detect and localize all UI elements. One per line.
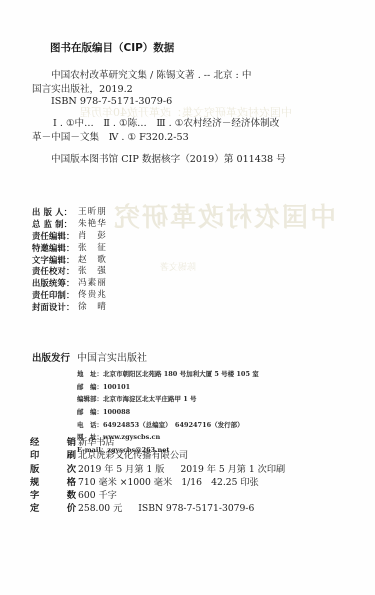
spec-label-char: 销 — [67, 436, 76, 449]
cip-classification-2: 革－中国－文集 Ⅳ . ① F320.2-53 — [32, 129, 189, 143]
staff-value: 佟贵兆 — [78, 290, 107, 302]
publisher-postcode: 邮 编：100101 — [77, 381, 259, 394]
spec-label-char: 刷 — [67, 449, 76, 462]
cip-isbn: ISBN 978-7-5171-3079-6 — [51, 96, 172, 107]
staff-row-guest-editor: 特邀编辑： 张 征 — [32, 243, 107, 255]
bleed-through-cover-author: 陈锡文著 — [160, 260, 196, 273]
spec-value: 新华书店 — [76, 436, 115, 449]
staff-row-print-manager: 责任印制： 佟贵兆 — [32, 290, 107, 302]
staff-value: 赵 歌 — [78, 255, 107, 267]
spec-label-char: 格 — [67, 476, 76, 489]
spec-row-word-count: 字 数 600 千字 — [30, 489, 285, 502]
publisher-address: 地 址：北京市朝阳区北苑路 180 号加利大厦 5 号楼 105 室 — [77, 368, 259, 381]
staff-row-publishing-coordinator: 出版统筹： 冯素丽 — [32, 278, 107, 290]
spec-label: 定 价 — [30, 502, 76, 515]
staff-label: 责任编辑： — [32, 231, 78, 243]
spec-value: 258.00 元ISBN 978-7-5171-3079-6 — [76, 502, 254, 515]
spec-label: 印 刷 — [30, 449, 76, 462]
book-specs: 经 销 新华书店 印 刷 北京虎彩文化传播有限公司 版 次 2019 年 5 月… — [30, 436, 285, 516]
staff-label: 出 版 人： — [32, 207, 78, 219]
spec-label: 字 数 — [30, 489, 76, 502]
bleed-through-cover-title: 中国农村改革研究 — [112, 197, 336, 234]
spec-label-char: 经 — [30, 436, 39, 449]
spec-edition: 2019 年 5 月第 1 版 — [78, 464, 164, 475]
copyright-page: 中国农村改革研究文集：改革开放40年历程 中国农村改革研究 陈锡文著 图书在版编… — [0, 0, 375, 595]
staff-label: 出版统筹： — [32, 278, 78, 290]
spec-isbn: ISBN 978-7-5171-3079-6 — [138, 503, 254, 514]
spec-row-edition: 版 次 2019 年 5 月第 1 版2019 年 5 月第 1 次印刷 — [30, 463, 285, 476]
spec-value: 710 毫米 ×1000 毫米 1/16 42.25 印张 — [76, 476, 259, 489]
staff-label: 总 监 制： — [32, 219, 78, 231]
staff-value: 肖 彭 — [78, 231, 107, 243]
staff-value: 徐 晴 — [78, 302, 107, 314]
spec-value-text: 新华书店 — [78, 437, 115, 448]
spec-label: 规 格 — [30, 476, 76, 489]
staff-label: 封面设计： — [32, 302, 78, 314]
staff-row-responsible-editor: 责任编辑： 肖 彭 — [32, 231, 107, 243]
cip-title: 图书在版编目（CIP）数据 — [50, 40, 174, 55]
staff-label: 特邀编辑： — [32, 243, 78, 255]
staff-row-chief-supervisor: 总 监 制： 朱艳华 — [32, 219, 107, 231]
publisher-label: 出版发行 — [32, 350, 70, 364]
staff-label: 文字编辑： — [32, 255, 78, 267]
spec-value-text: 600 千字 — [78, 490, 117, 501]
spec-label-char: 规 — [30, 476, 39, 489]
spec-label-char: 价 — [67, 502, 76, 515]
publisher-phone: 电 话：64924853（总编室） 64924716（发行部） — [77, 419, 259, 432]
cip-line-1: 中国农村改革研究文集 / 陈锡文著 . -- 北京 : 中 — [51, 67, 251, 81]
staff-value: 张 征 — [78, 243, 107, 255]
spec-value: 2019 年 5 月第 1 版2019 年 5 月第 1 次印刷 — [76, 463, 285, 476]
publisher-name: 中国言实出版社 — [77, 349, 147, 364]
spec-value-text: 710 毫米 ×1000 毫米 1/16 42.25 印张 — [78, 477, 259, 488]
spec-label-char: 数 — [67, 489, 76, 502]
spec-row-printer: 印 刷 北京虎彩文化传播有限公司 — [30, 449, 285, 462]
staff-row-publisher: 出 版 人： 王昕朋 — [32, 207, 107, 219]
staff-value: 张 强 — [78, 266, 107, 278]
staff-value: 冯素丽 — [78, 278, 107, 290]
staff-row-cover-designer: 封面设计： 徐 晴 — [32, 302, 107, 314]
cip-classification-1: Ⅰ . ①中… Ⅱ . ①陈… Ⅲ . ①农村经济－经济体制改 — [53, 115, 279, 129]
editorial-office-postcode: 邮 编：100088 — [77, 406, 259, 419]
spec-label-char: 字 — [30, 489, 39, 502]
spec-label-char: 定 — [30, 502, 39, 515]
cip-line-2: 国言实出版社，2019.2 — [32, 81, 133, 95]
staff-label: 责任校对： — [32, 266, 78, 278]
staff-row-text-editor: 文字编辑： 赵 歌 — [32, 255, 107, 267]
staff-value: 王昕朋 — [78, 207, 107, 219]
spec-label-char: 次 — [67, 463, 76, 476]
spec-label-char: 版 — [30, 463, 39, 476]
staff-credits: 出 版 人： 王昕朋 总 监 制： 朱艳华 责任编辑： 肖 彭 特邀编辑： 张 … — [32, 207, 107, 314]
cip-verification-number: 中国版本图书馆 CIP 数据核字（2019）第 011438 号 — [51, 151, 286, 165]
spec-printing: 2019 年 5 月第 1 次印刷 — [180, 464, 285, 475]
spec-price: 258.00 元 — [78, 503, 122, 514]
spec-value: 北京虎彩文化传播有限公司 — [76, 449, 188, 462]
spec-row-distributor: 经 销 新华书店 — [30, 436, 285, 449]
staff-value: 朱艳华 — [78, 219, 107, 231]
staff-label: 责任印制： — [32, 290, 78, 302]
spec-value-text: 北京虎彩文化传播有限公司 — [78, 450, 188, 461]
editorial-office-address: 编辑部：北京市海淀区北太平庄路甲 1 号 — [77, 393, 259, 406]
spec-label-char: 印 — [30, 449, 39, 462]
spec-row-price: 定 价 258.00 元ISBN 978-7-5171-3079-6 — [30, 502, 285, 515]
spec-label: 版 次 — [30, 463, 76, 476]
spec-value: 600 千字 — [76, 489, 117, 502]
spec-row-format: 规 格 710 毫米 ×1000 毫米 1/16 42.25 印张 — [30, 476, 285, 489]
staff-row-proofreader: 责任校对： 张 强 — [32, 266, 107, 278]
spec-label: 经 销 — [30, 436, 76, 449]
